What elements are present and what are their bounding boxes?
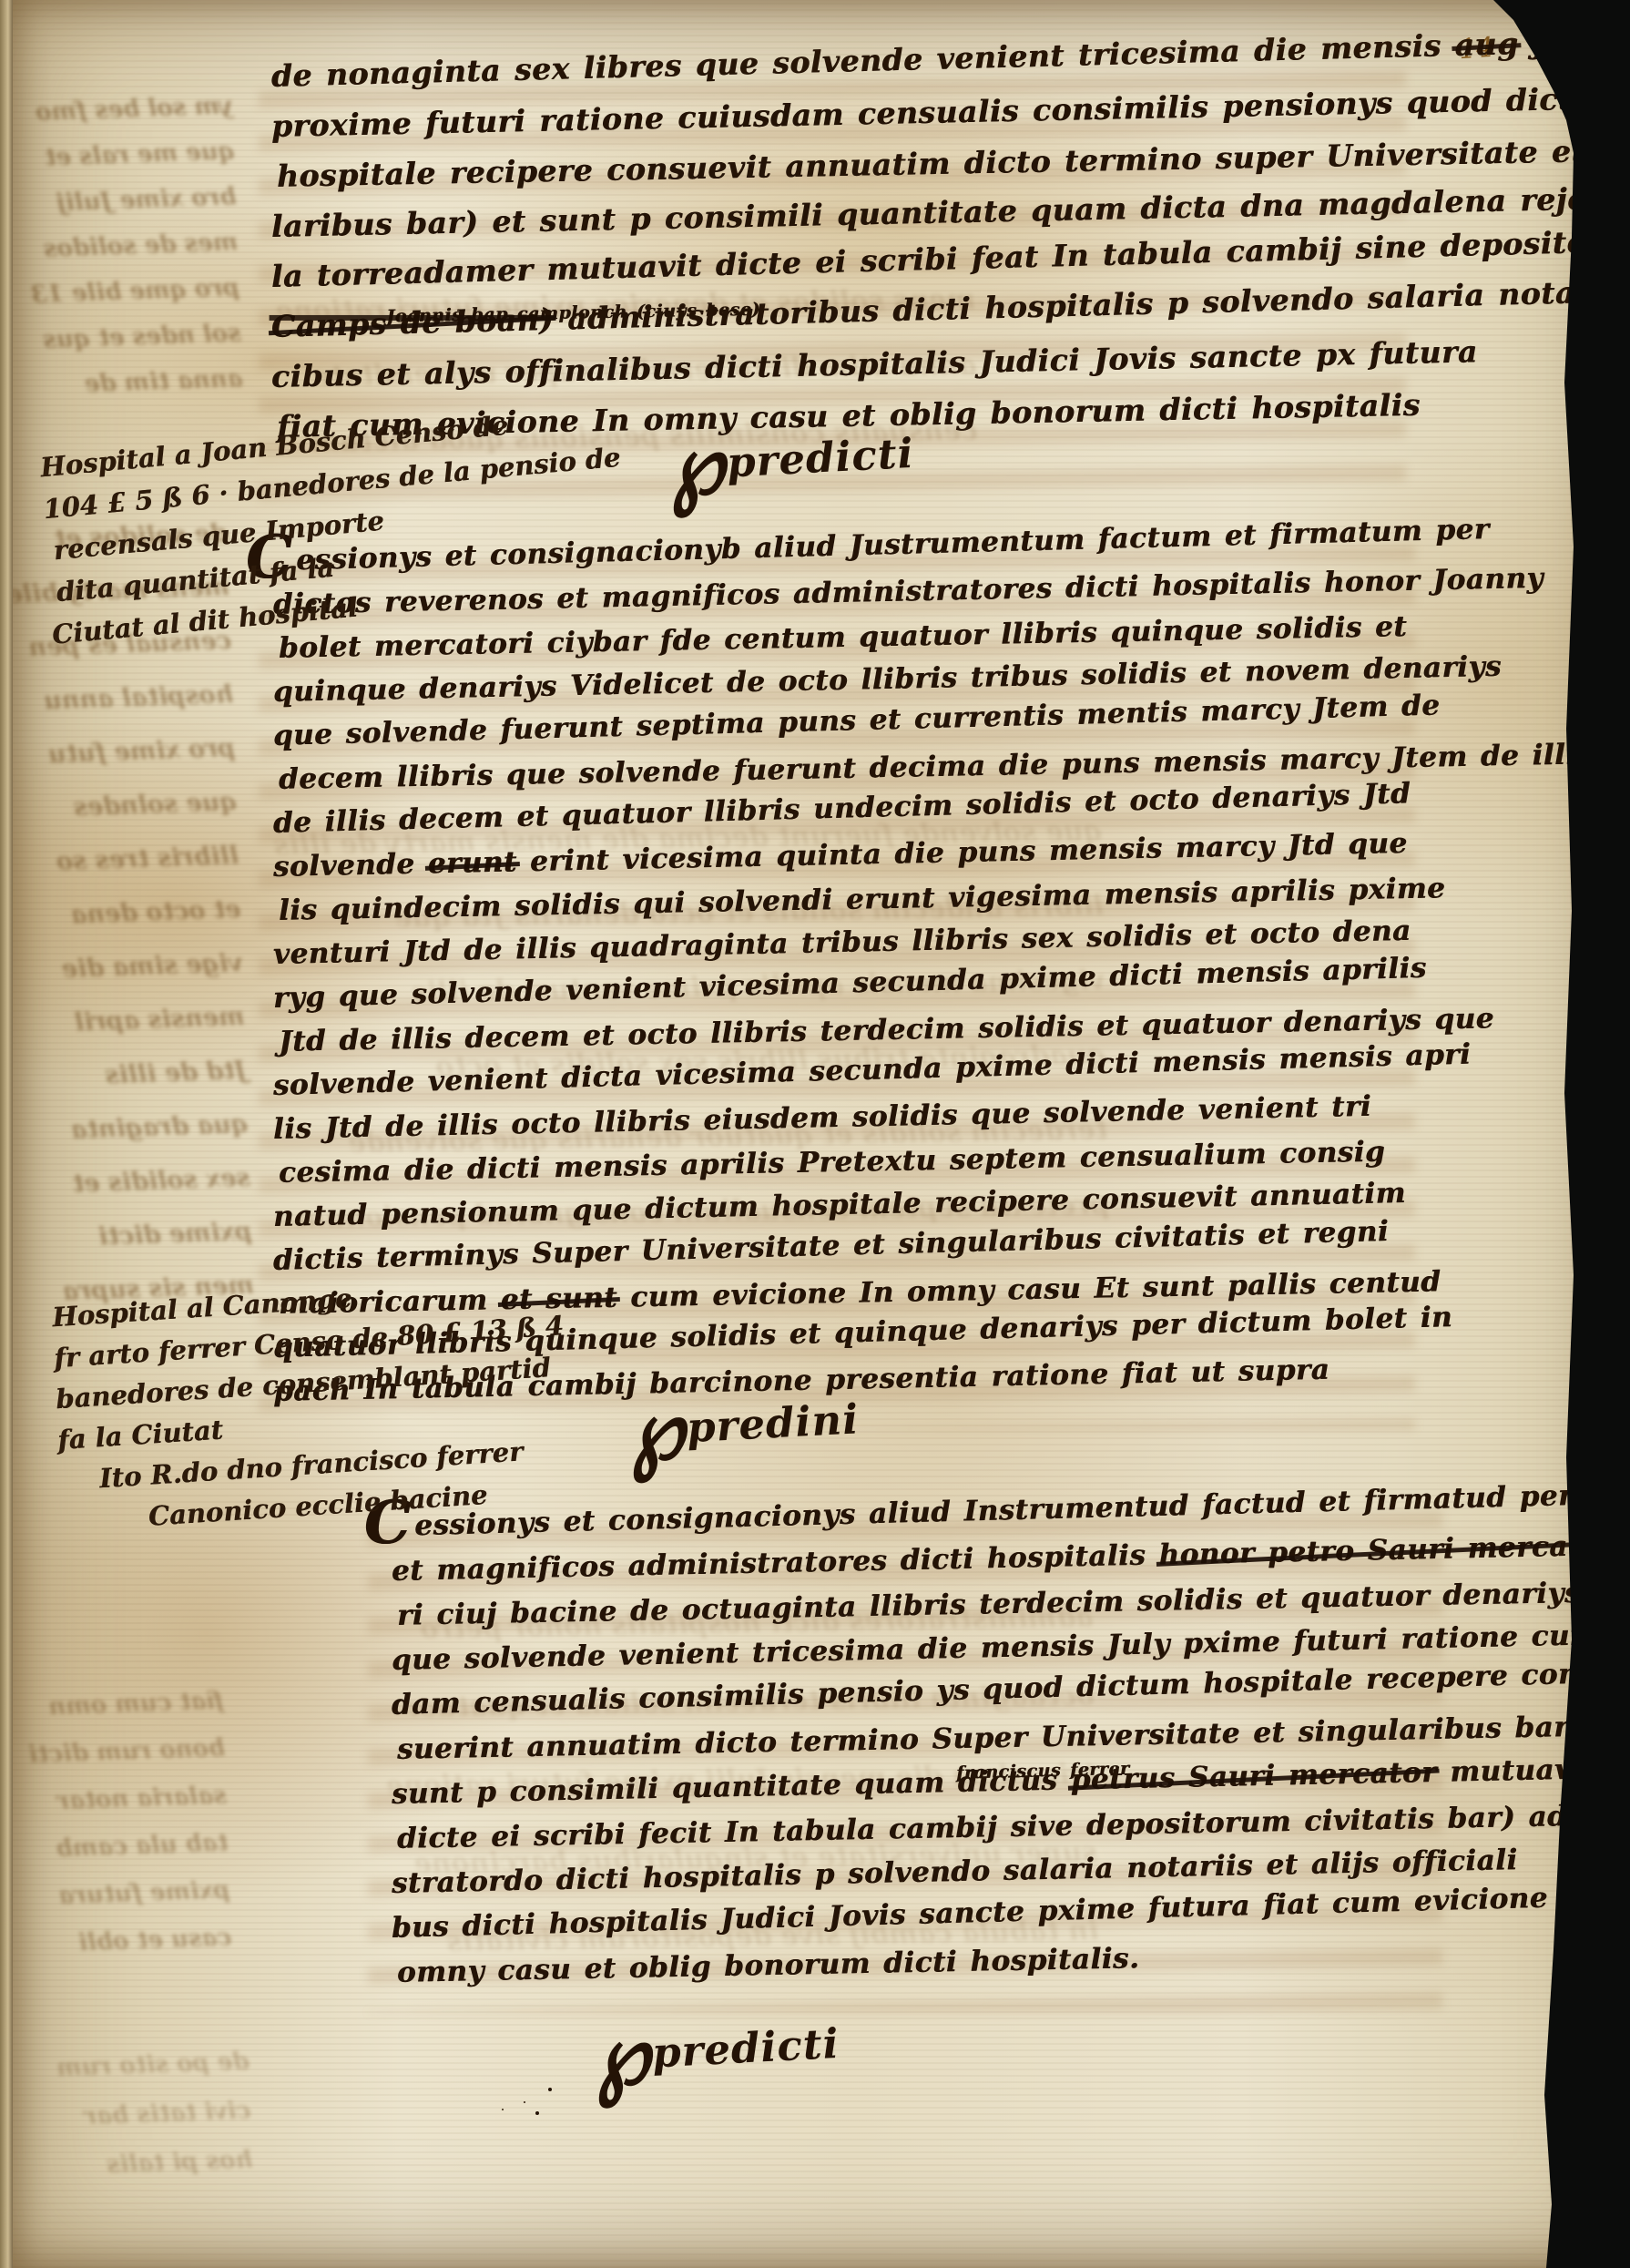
text-segment: de nonaginta sex libres que solvende ven…	[270, 27, 1455, 94]
bleedthrough-line: bro xime Julij	[26, 174, 237, 227]
text-segment: solvende	[272, 847, 428, 884]
bleedthrough-block: fiat cum omnbono rum dictisalaria notart…	[26, 1677, 233, 1967]
entry-paragraph-3: Cessionys et consignacionys aliud Instru…	[392, 1510, 1630, 2001]
ink-splatter	[548, 2088, 552, 2091]
bleedthrough-line: llibris tres so	[15, 829, 239, 890]
bleedthrough-line: Jtd de illis	[23, 1044, 247, 1105]
superscript-text: Ito	[1600, 1529, 1628, 1549]
text-segment: July	[1518, 24, 1599, 61]
bleedthrough-block: de po sito rumcivi tatis barhos pi talis	[56, 2037, 253, 2191]
manuscript-page: ym sol bes fmoque me rals etbro xime Jul…	[13, 0, 1630, 2268]
bleedthrough-block: ym sol bes fmoque me rals etbro xime Jul…	[24, 83, 243, 409]
bleedthrough-line: ym sol bes fmo	[24, 83, 234, 136]
bleedthrough-line: hos pi talis	[59, 2135, 253, 2191]
strikethrough-text: petrus Sauri mercator	[1070, 1756, 1437, 1796]
bleedthrough-line: et octo dena	[17, 883, 241, 944]
text-segment: mutuavit	[1437, 1752, 1596, 1789]
bleedthrough-line: que solndes	[14, 775, 238, 836]
strikethrough-text: honor petro Sauri mercato	[1158, 1529, 1601, 1571]
margin-note-1: Hospital a Joan Bosch Censo de104 £ 5 ß …	[39, 406, 632, 656]
entry-paragraph-1: de nonaginta sex libres que solvende ven…	[271, 58, 1630, 459]
bleedthrough-line: qua draginta	[25, 1098, 249, 1159]
bleedthrough-line: tab ula camb	[31, 1819, 229, 1873]
bleedthrough-line: mes de solidos	[28, 220, 239, 272]
adjacent-folio-edge	[0, 0, 15, 2268]
bleedthrough-line: mensis april	[21, 990, 245, 1051]
paraph-icon: ℘	[616, 1377, 692, 1485]
section-mark-2: ℘predini	[622, 1371, 861, 1481]
section-mark-3: ℘predicti	[587, 1996, 841, 2107]
bleedthrough-line: hospital annu	[10, 668, 234, 729]
paraph-icon: ℘	[656, 412, 732, 519]
bleedthrough-line: salaria notar	[29, 1772, 227, 1825]
bleedthrough-line: pxime futura	[33, 1866, 230, 1920]
bleedthrough-line: pro qme bile 13	[30, 265, 240, 318]
bleedthrough-line: que me rals et	[25, 128, 236, 181]
bleedthrough-line: bono rum dicti	[27, 1724, 225, 1778]
bleedthrough-line: vige sima die	[19, 936, 243, 997]
section-mark-1: ℘predicti	[662, 405, 916, 516]
section-label: predicti	[651, 2019, 840, 2078]
paraph-icon: ℘	[581, 2002, 657, 2110]
bleedthrough-line: fiat cum omn	[26, 1677, 224, 1731]
bleedthrough-line: anna tim de	[33, 356, 243, 409]
bleedthrough-line: civi tatis bar	[57, 2086, 251, 2141]
bleedthrough-line: casu et obli	[35, 1914, 232, 1967]
strikethrough-text: erunt	[427, 845, 517, 880]
bleedthrough-line: de po sito rum	[56, 2037, 250, 2092]
bleedthrough-line: sex solidis et	[26, 1151, 250, 1212]
section-label: predini	[686, 1395, 861, 1452]
bleedthrough-line: sol ndes et qus	[32, 311, 242, 363]
photograph-background: ym sol bes fmoque me rals etbro xime Jul…	[0, 0, 1630, 2268]
strikethrough-text: aug	[1454, 26, 1519, 63]
bleedthrough-line: pxime dicti	[28, 1205, 252, 1266]
section-label: predicti	[726, 429, 915, 487]
bleedthrough-line: pro xime futu	[12, 721, 236, 782]
margin-note-2: Hospital al Canongefr arto ferrer Censo …	[51, 1275, 572, 1543]
strikethrough-text: Camps de boan)	[270, 301, 554, 344]
